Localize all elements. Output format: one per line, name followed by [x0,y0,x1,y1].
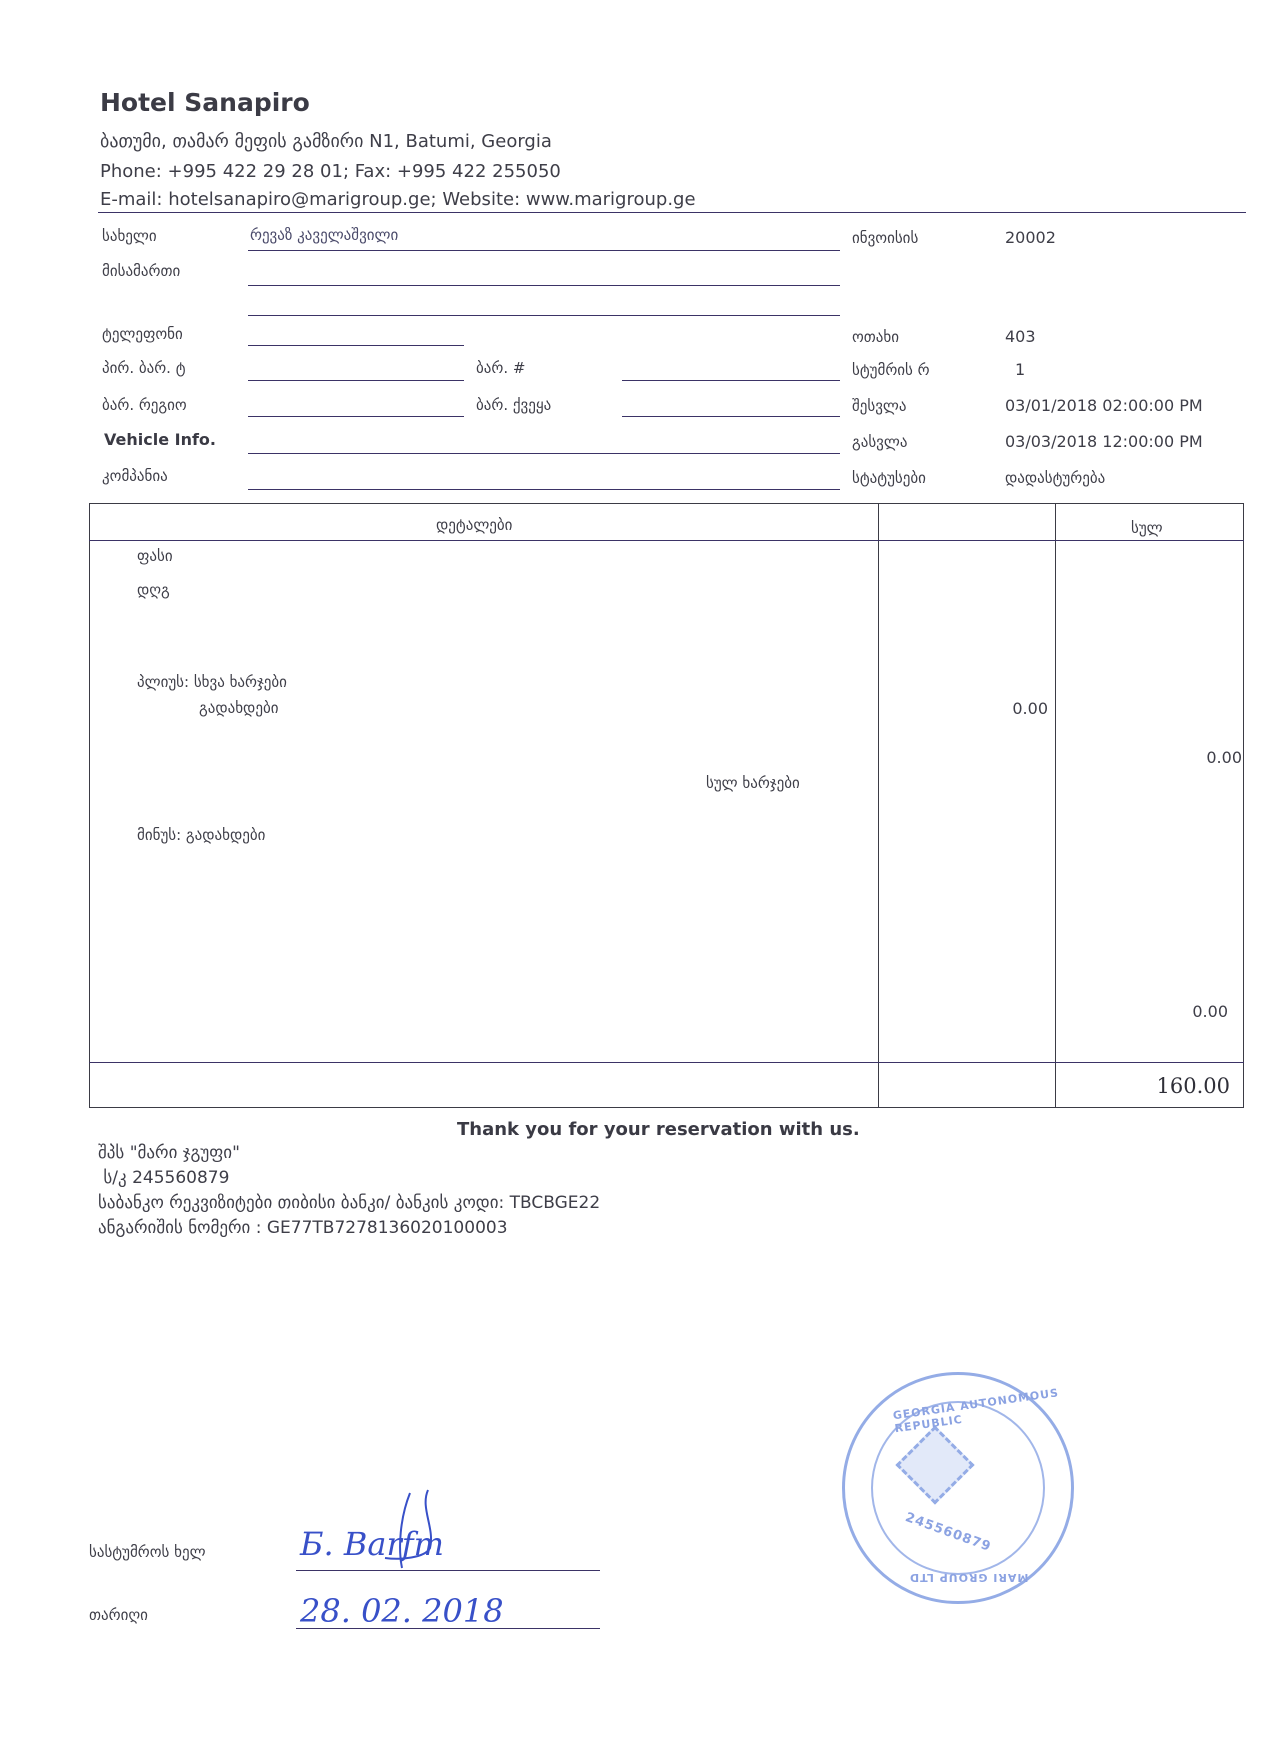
vehicle-info-field[interactable] [248,453,840,454]
company-label: კომპანია [102,467,168,485]
plus-other-charges-label: პლიუს: სხვა ხარჯები [137,673,287,691]
table-col-divider-1 [878,503,879,1108]
checkin-value: 03/01/2018 02:00:00 PM [1005,396,1203,415]
header-divider [98,212,1246,213]
vat-label: დღგ [137,581,170,599]
card-number-field[interactable] [622,380,840,381]
guest-address-label: მისამართი [102,262,180,280]
checkout-label: გასვლა [852,433,907,451]
table-col-divider-2 [1055,503,1056,1108]
guest-name-underline [248,250,840,251]
rate-label: ფასი [137,547,173,565]
company-name: შპს "მარი ჯგუფი" [98,1143,240,1163]
card-number-label: ბარ. # [476,359,525,377]
guest-name-value[interactable]: რევაზ კაველაშვილი [250,226,398,244]
date-line[interactable] [296,1628,600,1629]
hotel-address: ბათუმი, თამარ მეფის გამზირი N1, Batumi, … [100,131,552,152]
invoice-label: ინვოისის [852,229,918,247]
guest-phone-label: ტელეფონი [102,325,183,343]
hotel-email-website: E-mail: hotelsanapiro@marigroup.ge; Webs… [100,189,696,210]
country-field[interactable] [622,416,840,417]
column-header-details: დეტალები [436,516,512,534]
guests-count-value: 1 [1015,360,1025,379]
guest-id-field[interactable] [248,380,464,381]
signature-flourish [380,1488,440,1578]
date-label: თარიღი [89,1606,148,1624]
guest-address-field-2[interactable] [248,315,840,316]
account-number: ანგარიშის ნომერი : GE77TB727813602010000… [98,1218,508,1238]
hotel-phone-fax: Phone: +995 422 29 28 01; Fax: +995 422 … [100,161,561,182]
company-field[interactable] [248,489,840,490]
column-header-total: სულ [1131,519,1163,537]
balance-value: 0.00 [1110,1002,1228,1021]
region-field[interactable] [248,416,464,417]
guest-address-field[interactable] [248,285,840,286]
guest-id-label: პირ. ბარ. ტ [102,359,186,377]
room-label: ოთახი [852,328,899,346]
company-tax-id: ს/კ 245560879 [98,1168,229,1188]
stamp-bottom-text: MARI GROUP LTD [909,1571,1028,1584]
payments-label: გადახდები [199,699,278,717]
vehicle-info-label: Vehicle Info. [104,430,216,449]
grand-total-value: 160.00 [1080,1074,1230,1098]
minus-payments-label: მინუს: გადახდები [137,826,265,844]
status-value: დადასტურება [1005,469,1105,487]
company-stamp: GEORGIA AUTONOMOUS REPUBLIC 245560879 MA… [842,1372,1074,1604]
checkout-value: 03/03/2018 12:00:00 PM [1005,432,1203,451]
bank-details: საბანკო რეკვიზიტები თიბისი ბანკი/ ბანკის… [98,1193,600,1213]
total-expenses-value: 0.00 [1150,748,1242,767]
status-label: სტატუსები [852,469,926,487]
checkin-label: შესვლა [852,397,907,415]
signature-date: 28. 02. 2018 [300,1592,504,1630]
charges-table [89,503,1244,1108]
hotel-name: Hotel Sanapiro [100,88,310,117]
country-label: ბარ. ქვეყა [476,396,551,414]
signature-line[interactable] [296,1570,600,1571]
invoice-value: 20002 [1005,228,1056,247]
region-label: ბარ. რეგიო [102,396,187,414]
guest-phone-field[interactable] [248,345,464,346]
thank-you-message: Thank you for your reservation with us. [457,1119,860,1140]
room-value: 403 [1005,327,1036,346]
total-expenses-label: სულ ხარჯები [706,774,800,792]
table-total-divider [89,1062,1244,1063]
guests-count-label: სტუმრის რ [852,361,930,379]
guest-signature-label: სასტუმროს ხელ [89,1543,206,1561]
table-header-divider [89,540,1244,541]
guest-name-label: სახელი [102,227,157,245]
payments-value: 0.00 [960,699,1048,718]
